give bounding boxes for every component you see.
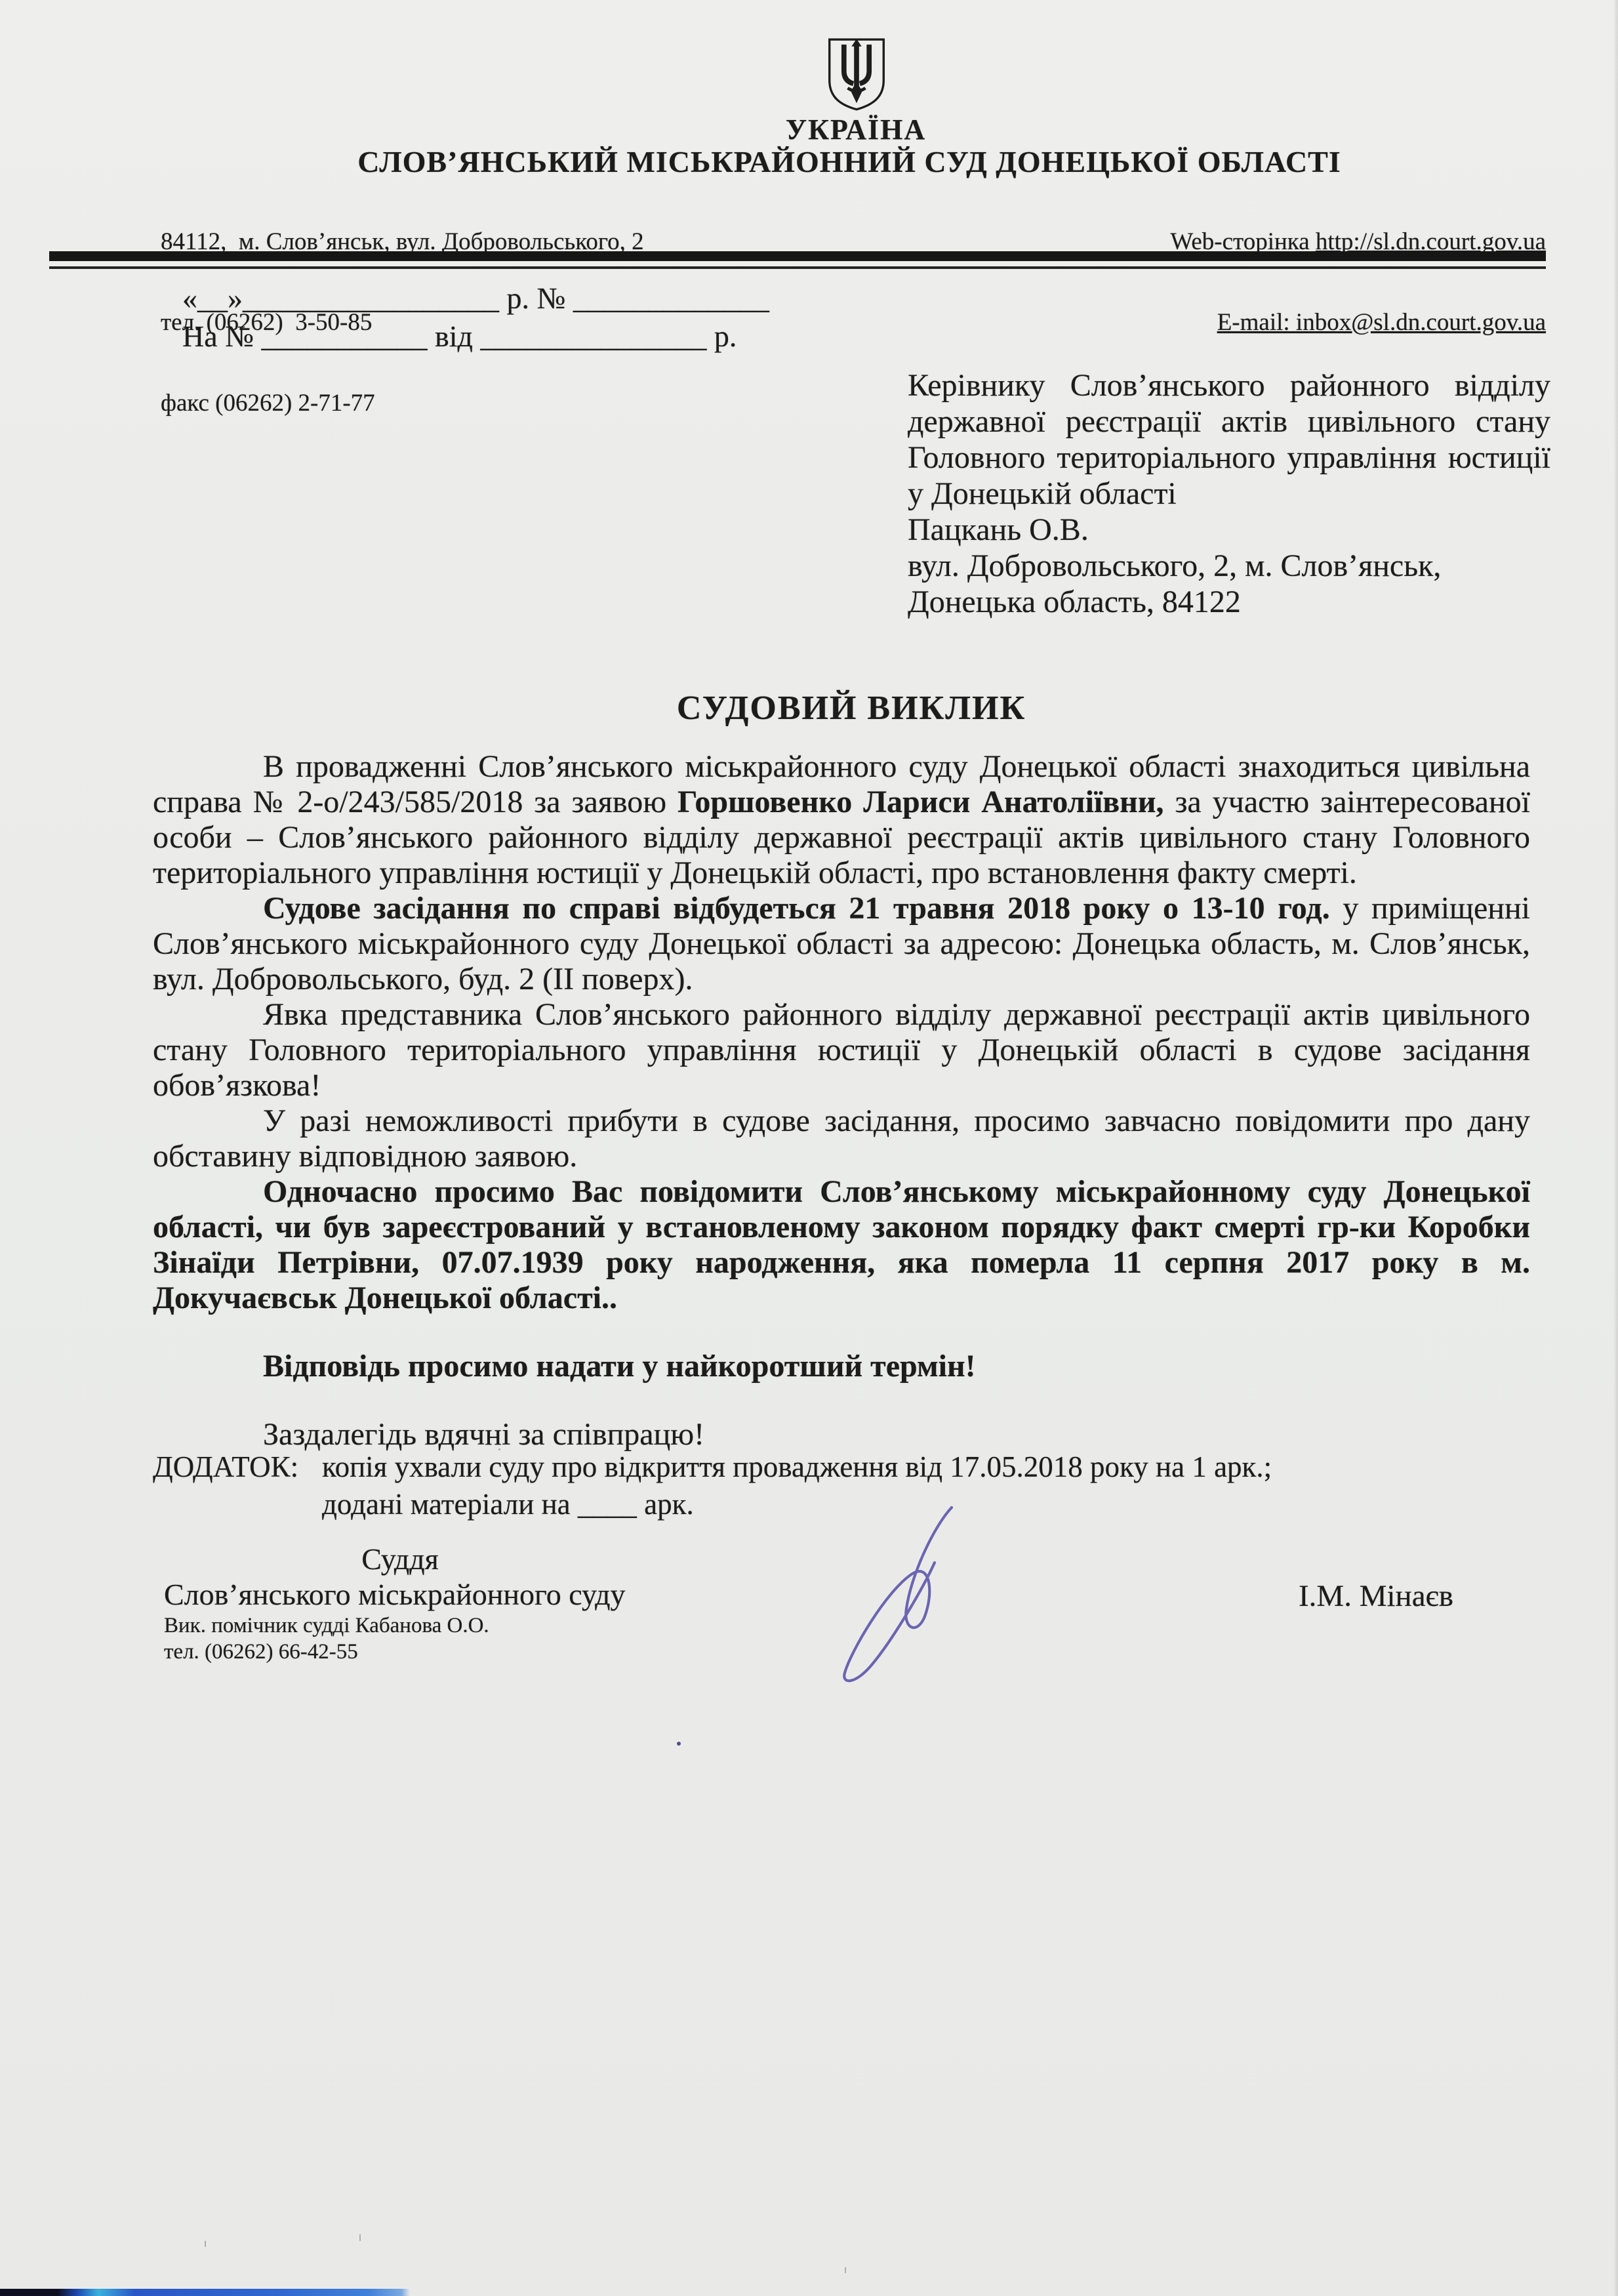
recipient-organization: Керівнику Слов’янського районного відділ… <box>908 367 1550 512</box>
ukraine-trident-emblem-icon <box>825 35 888 114</box>
court-fax: факс (06262) 2-71-77 <box>161 390 644 417</box>
attachment-label: ДОДАТОК: <box>153 1448 322 1523</box>
clerk-phone-line: тел. (06262) 66-42-55 <box>164 1640 358 1664</box>
paragraph: У разі неможливості прибути в судове зас… <box>153 1103 1530 1174</box>
handwritten-signature-icon <box>823 1489 987 1692</box>
clerk-name-line: Вик. помічник судді Кабанова О.О. <box>164 1614 489 1638</box>
paper-speck <box>498 1448 500 1450</box>
document-title: СУДОВИЙ ВИКЛИК <box>153 689 1550 728</box>
paragraph: В провадженні Слов’янського міськрайонно… <box>153 749 1530 891</box>
scan-edge-shadow <box>1613 0 1618 2296</box>
country-label: УКРАЇНА <box>692 113 1020 146</box>
document-scan-page: УКРАЇНА СЛОВ’ЯНСЬКИЙ МІСЬКРАЙОННИЙ СУД Д… <box>0 0 1618 2296</box>
court-web-contact-block: Web-сторінка http://sl.dn.court.gov.ua E… <box>1170 174 1546 390</box>
paragraph: Заздалегідь вдячні за співпрацю! <box>153 1417 1530 1452</box>
paper-speck <box>205 2241 206 2247</box>
paragraph: Відповідь просимо надати у найкоротший т… <box>153 1349 1530 1384</box>
recipient-address-1: вул. Добровольського, 2, м. Слов’янськ, <box>908 548 1550 584</box>
signer-role-line-2: Слов’янського міськрайонного суду <box>164 1577 662 1612</box>
paragraph: Явка представника Слов’янського районног… <box>153 997 1530 1103</box>
paragraph: Судове засідання по справі відбудеться 2… <box>153 891 1530 997</box>
recipient-block: Керівнику Слов’янського районного відділ… <box>908 367 1550 620</box>
recipient-address-2: Донецька область, 84122 <box>908 584 1550 620</box>
attachment-content: копія ухвали суду про відкриття провадже… <box>322 1448 1272 1523</box>
paper-speck <box>359 2234 361 2241</box>
scanner-edge-strip <box>0 2289 410 2296</box>
attachment-line-1: копія ухвали суду про відкриття провадже… <box>322 1448 1272 1486</box>
paragraph: Одночасно просимо Вас повідомити Слов’ян… <box>153 1174 1530 1316</box>
header-divider-thin <box>49 266 1546 269</box>
paper-speck <box>845 2267 846 2273</box>
judge-name: І.М. Мінаєв <box>1299 1578 1453 1614</box>
body-paragraphs: В провадженні Слов’янського міськрайонно… <box>153 749 1530 1452</box>
header-divider-thick <box>49 251 1546 261</box>
recipient-person: Пацкань О.В. <box>908 512 1550 548</box>
reference-number-line: На № ___________ від _______________ р. <box>182 319 737 354</box>
ink-speck <box>677 1742 681 1746</box>
email-line: E-mail: inbox@sl.dn.court.gov.ua <box>1170 309 1546 336</box>
reference-date-line: «__»_________________ р. № _____________ <box>182 281 769 316</box>
attachment-line-2: додані матеріали на ____ арк. <box>322 1486 1272 1523</box>
signer-role-line-1: Суддя <box>164 1542 636 1576</box>
